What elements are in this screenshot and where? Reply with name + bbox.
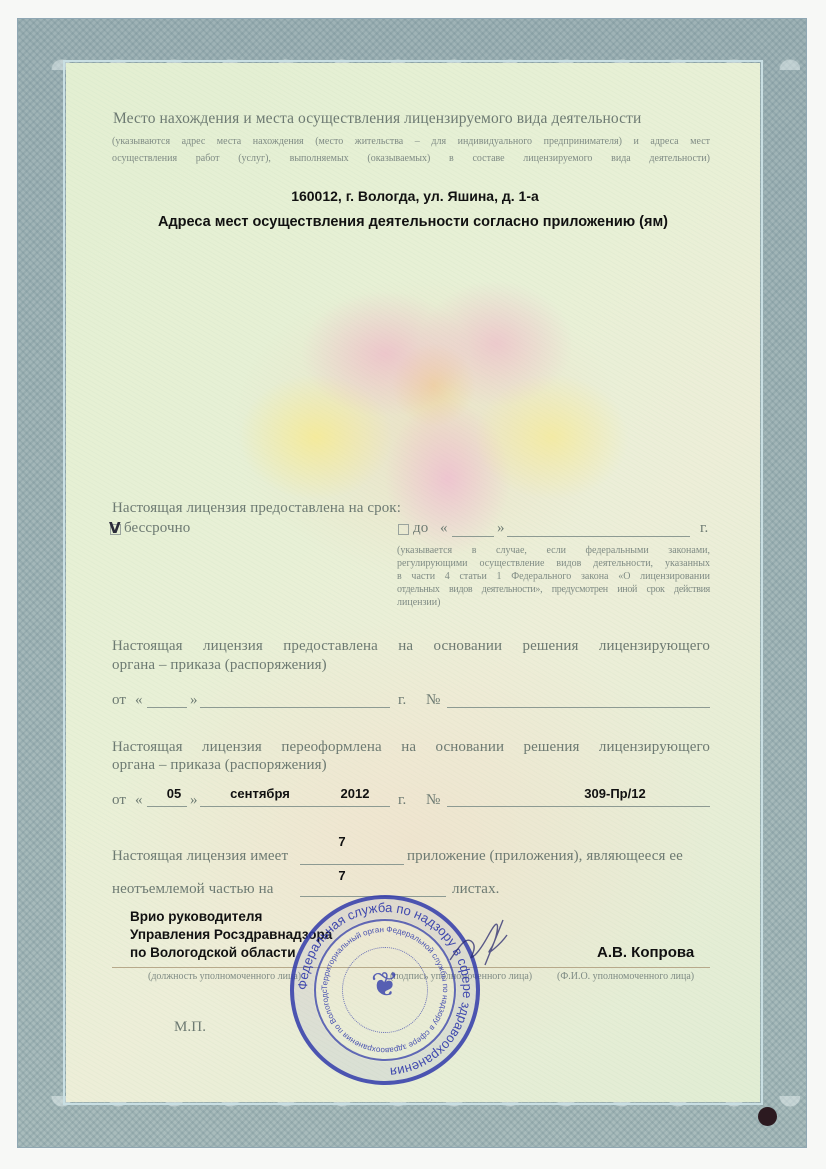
term-hint-3: в части 4 статьи 1 Федерального закона «… <box>397 571 710 582</box>
location-hint-line1: (указываются адрес места нахождения (мес… <box>112 136 710 147</box>
appendix-line2-prefix: неотъемлемой частью на <box>112 881 273 898</box>
granted-quote-open: « <box>135 692 143 709</box>
reissued-basis-line2: органа – приказа (распоряжения) <box>112 757 327 774</box>
reissued-quote-open: « <box>135 792 143 809</box>
reissued-number-label: № <box>426 792 440 809</box>
until-day-field[interactable] <box>452 536 494 537</box>
signatory-name: А.В. Копрова <box>597 944 694 961</box>
granted-number-field[interactable] <box>447 707 710 708</box>
handwritten-signature <box>445 915 515 970</box>
appendix-count-field[interactable] <box>300 864 404 865</box>
until-year-suffix: г. <box>700 520 708 537</box>
granted-basis-line1: Настоящая лицензия предоставлена на осно… <box>112 638 710 655</box>
checkmark-icon: V <box>109 519 121 537</box>
term-hint-4: отдельных видов деятельности», предусмот… <box>397 584 710 595</box>
reissued-day-field[interactable] <box>147 806 187 807</box>
term-hint-1: (указывается в случае, если федеральными… <box>397 545 710 556</box>
term-hint-5: лицензии) <box>397 597 440 608</box>
addresses-note: Адреса мест осуществления деятельности с… <box>0 214 826 230</box>
sheet-count-value: 7 <box>300 868 384 883</box>
reissued-month-year-field[interactable] <box>200 806 390 807</box>
location-hint-line2: осуществления работ (услуг), выполняемых… <box>112 153 710 164</box>
reissued-number-field[interactable] <box>447 806 710 807</box>
signatory-position-line1: Врио руководителя <box>130 909 262 924</box>
until-quote-open: « <box>440 520 448 537</box>
until-month-year-field[interactable] <box>507 536 690 537</box>
granted-quote-close: » <box>190 692 198 709</box>
location-heading: Место нахождения и места осуществления л… <box>113 110 710 128</box>
reissued-year-value: 2012 <box>320 786 390 801</box>
caption-position: (должность уполномоченного лица) <box>148 971 301 982</box>
granted-year-suffix: г. <box>398 692 406 709</box>
until-checkbox[interactable] <box>398 524 409 535</box>
granted-number-label: № <box>426 692 440 709</box>
indefinite-label: бессрочно <box>124 520 190 537</box>
term-heading: Настоящая лицензия предоставлена на срок… <box>112 500 401 517</box>
granted-day-field[interactable] <box>147 707 187 708</box>
granted-from-label: от <box>112 692 126 709</box>
location-address: 160012, г. Вологда, ул. Яшина, д. 1-а <box>0 188 826 204</box>
granted-basis-line2: органа – приказа (распоряжения) <box>112 657 327 674</box>
until-quote-close: » <box>497 520 505 537</box>
reissued-month-value: сентября <box>210 786 310 801</box>
signatory-position-line3: по Вологодской области <box>130 945 296 960</box>
coat-of-arms-icon: ❦ <box>364 961 406 1009</box>
reissued-basis-line1: Настоящая лицензия переоформлена на осно… <box>112 739 710 756</box>
punch-hole <box>758 1107 777 1126</box>
reissued-year-suffix: г. <box>398 792 406 809</box>
reissued-number-value: 309-Пр/12 <box>540 786 690 801</box>
seal-place-label: М.П. <box>174 1019 206 1036</box>
location-heading-text: Место нахождения и места осуществления л… <box>113 110 641 128</box>
appendix-line1-prefix: Настоящая лицензия имеет <box>112 848 288 865</box>
until-label: до <box>413 520 428 537</box>
term-hint-2: регулирующими осуществление видов деятел… <box>397 558 710 569</box>
reissued-quote-close: » <box>190 792 198 809</box>
appendix-count-value: 7 <box>300 834 384 849</box>
caption-name: (Ф.И.О. уполномоченного лица) <box>557 971 694 982</box>
reissued-from-label: от <box>112 792 126 809</box>
appendix-line1-suffix: приложение (приложения), являющееся ее <box>407 848 683 865</box>
granted-month-year-field[interactable] <box>200 707 390 708</box>
